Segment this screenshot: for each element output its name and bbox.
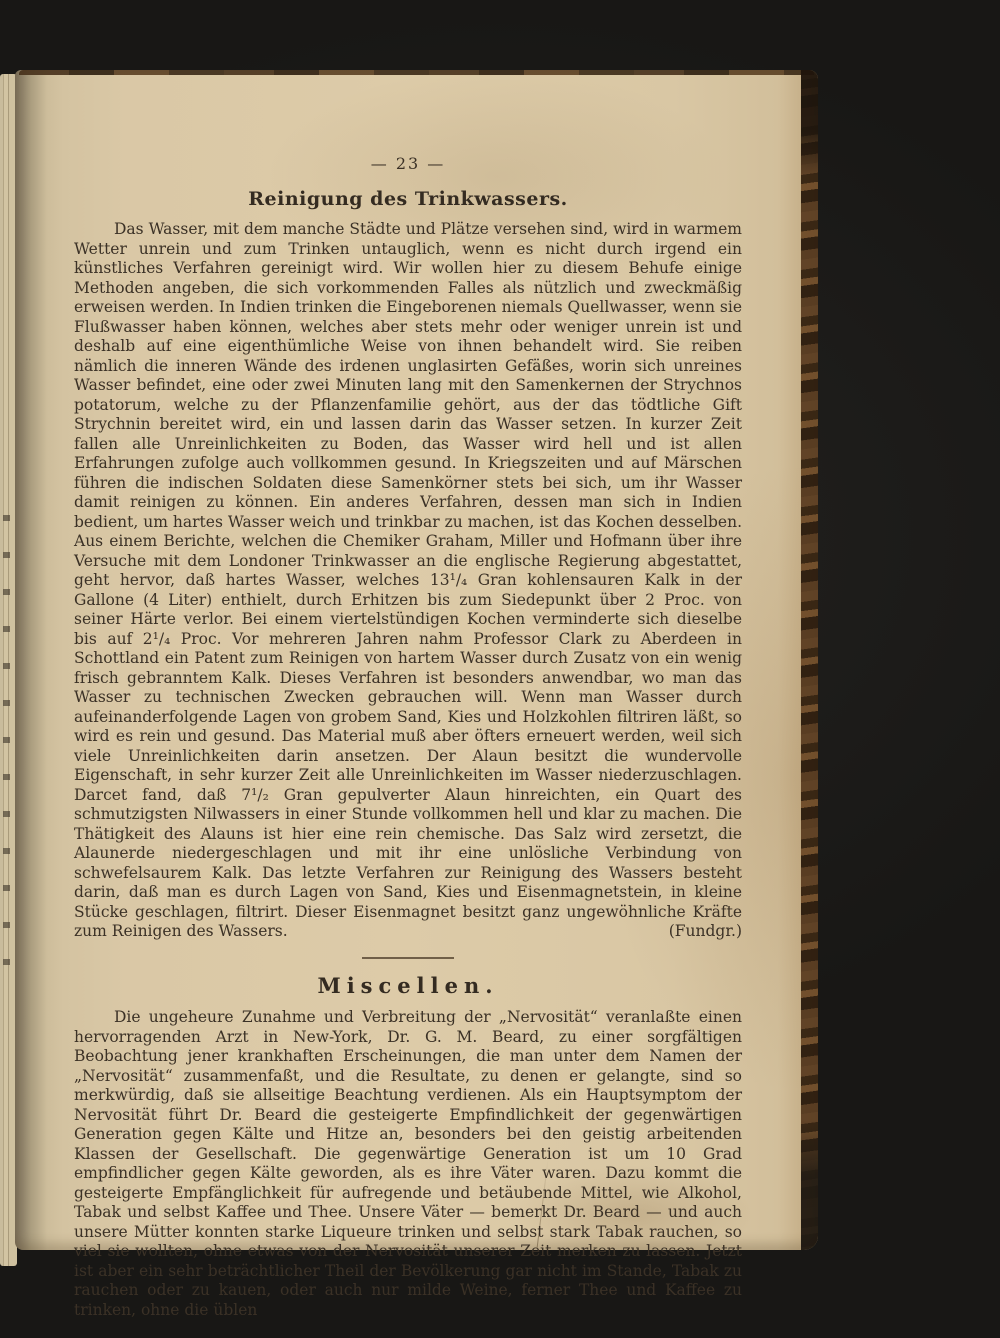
section-divider <box>362 957 454 959</box>
page-burnt-right-edge <box>801 70 818 1250</box>
article-title-miscellen: Miscellen. <box>74 976 742 996</box>
article-body-water: Das Wasser, mit dem manche Städte und Pl… <box>74 220 742 942</box>
scan-background: { "book_page": { "page_number_display": … <box>0 0 1000 1338</box>
printed-text-block: — 23 — Reinigung des Trinkwassers. Das W… <box>74 154 742 1320</box>
article-title-reinigung: Reinigung des Trinkwassers. <box>74 190 742 210</box>
book-page: — 23 — Reinigung des Trinkwassers. Das W… <box>15 70 818 1250</box>
adjacent-page-text-marks <box>3 515 10 985</box>
article-body-miscellen: Die ungeheure Zunahme und Verbreitung de… <box>74 1008 742 1320</box>
page-number: — 23 — <box>74 154 742 174</box>
page-top-deckle-edge <box>19 70 814 75</box>
